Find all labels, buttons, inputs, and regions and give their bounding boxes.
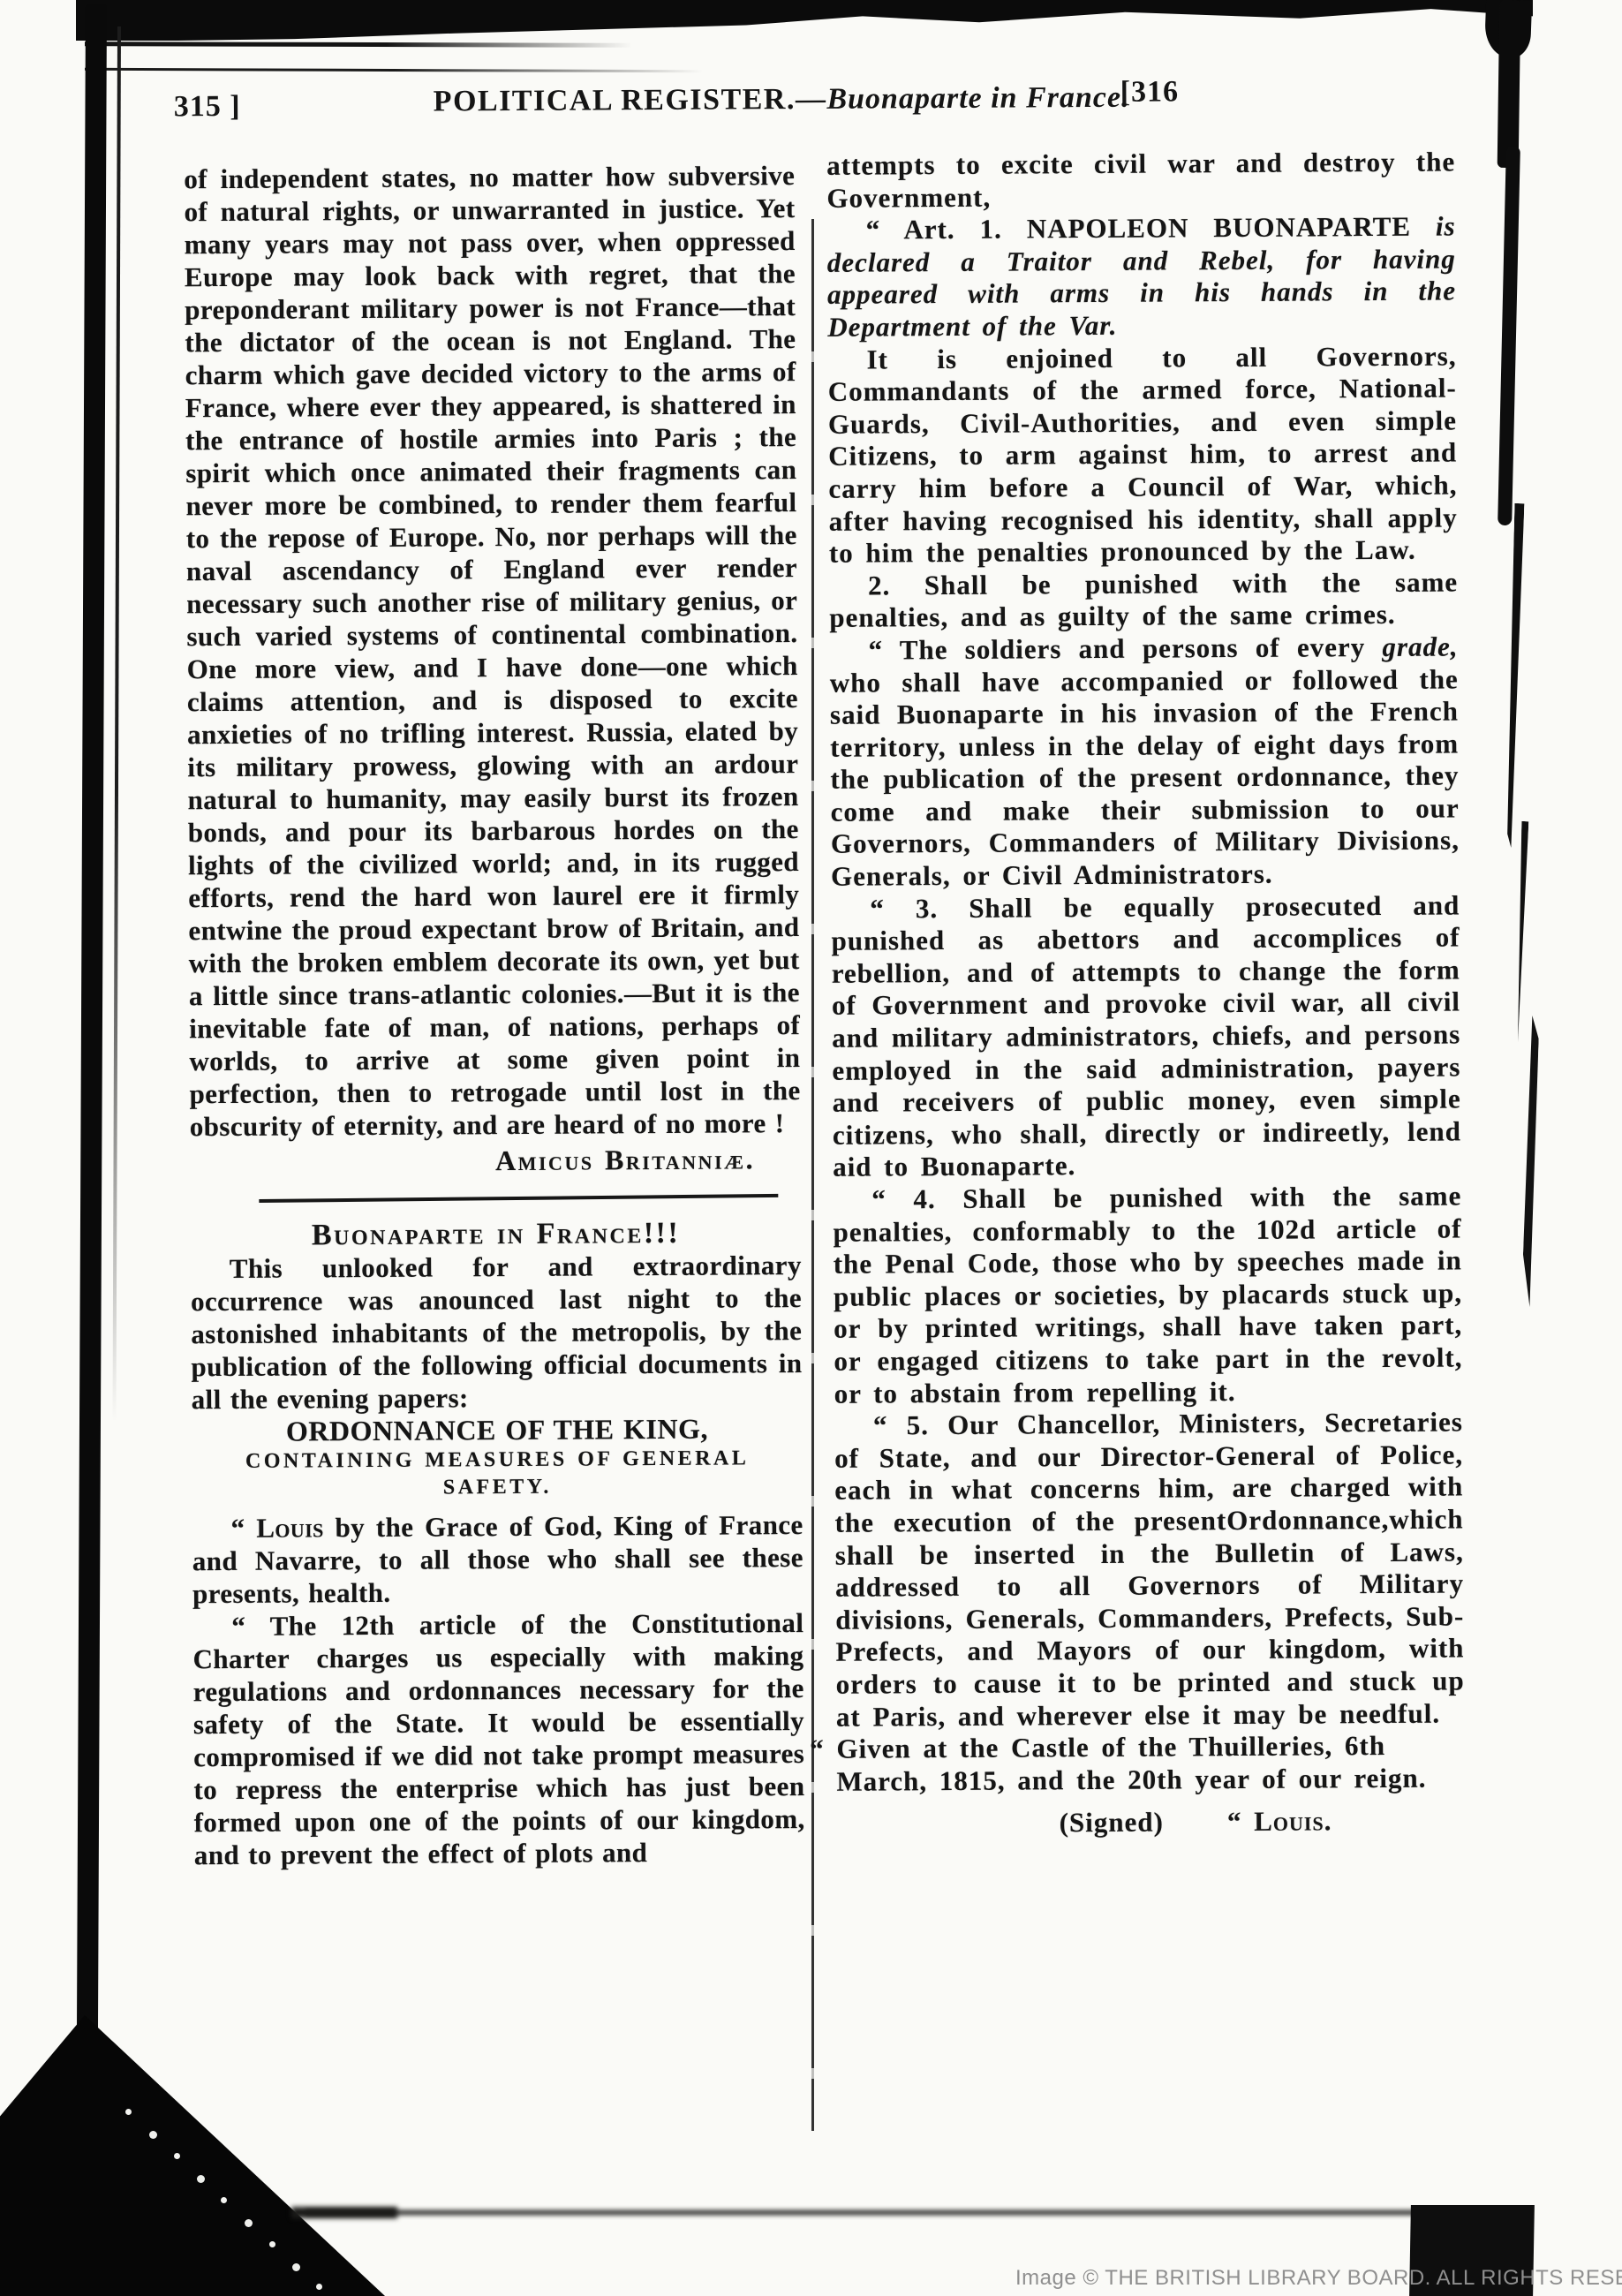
paragraph-charter: “ The 12th article of the Constitutional… xyxy=(192,1606,805,1871)
article-2-soldiers: “ The soldiers and persons of every grad… xyxy=(829,631,1460,893)
scan-artifact-top-band xyxy=(76,0,1533,41)
article-1: “ Art. 1. NAPOLEON BUONAPARTE is declare… xyxy=(827,211,1457,344)
signed-name: “ Louis. xyxy=(1227,1806,1332,1839)
paragraph-announcement: This unlooked for and extraordinary occu… xyxy=(191,1249,803,1416)
letter-signature: Amicus Britanniæ. xyxy=(190,1143,755,1179)
ordonnance-subheading-1: CONTAINING MEASURES OF GENERAL xyxy=(192,1445,803,1476)
section-divider-rule xyxy=(259,1194,778,1203)
page-title-main: POLITICAL REGISTER.— xyxy=(434,83,827,118)
scan-artifact-shadow-specks xyxy=(125,2109,132,2115)
section-heading-buonaparte: Buonaparte in France!!! xyxy=(190,1216,801,1252)
article-2-soldiers-italic: grade, xyxy=(1382,631,1458,662)
paragraph-independent-states: of independent states, no matter how sub… xyxy=(184,159,801,1143)
ordonnance-subheading-2: SAFETY. xyxy=(192,1472,803,1503)
scan-artifact-left-spine-bar xyxy=(77,4,107,2061)
ordonnance-heading: ORDONNANCE OF THE KING, xyxy=(192,1412,803,1448)
signed-row: (Signed) “ Louis. xyxy=(837,1805,1466,1841)
left-column: of independent states, no matter how sub… xyxy=(184,159,805,1871)
article-2-soldiers-rest: who shall have accompanied or followed t… xyxy=(830,663,1460,892)
text-columns: of independent states, no matter how sub… xyxy=(135,155,1472,2220)
scan-artifact-right-edge-3 xyxy=(1505,503,1525,848)
scanned-page: 315 ] POLITICAL REGISTER.—Buonaparte in … xyxy=(0,0,1622,2296)
paragraph-enjoined: It is enjoined to all Governors, Command… xyxy=(827,340,1458,570)
article-2: 2. Shall be punished with the same penal… xyxy=(829,566,1458,635)
article-4: “ 4. Shall be punished with the same pen… xyxy=(833,1180,1463,1410)
signed-label: (Signed) xyxy=(1060,1807,1164,1839)
paragraph-louis-preamble: “ Louis by the Grace of God, King of Fra… xyxy=(192,1508,803,1610)
article-3: “ 3. Shall be equally prosecuted and pun… xyxy=(831,889,1461,1184)
page-number-left: 315 ] xyxy=(174,90,241,124)
louis-smallcaps: “ Louis xyxy=(231,1512,324,1544)
scan-artifact-top-line-1 xyxy=(85,42,632,48)
scan-artifact-right-edge-4 xyxy=(1514,821,1529,1042)
page-title: POLITICAL REGISTER.—Buonaparte in France… xyxy=(434,81,1130,119)
scan-artifact-top-line-2 xyxy=(85,68,703,72)
running-header: 315 ] POLITICAL REGISTER.—Buonaparte in … xyxy=(135,77,1460,136)
scan-artifact-right-edge-2 xyxy=(1498,146,1520,525)
page-number-right: [316 xyxy=(1120,75,1180,109)
page-title-italic: Buonaparte in France. xyxy=(826,81,1129,116)
paragraph-attempts: attempts to excite civil war and destroy… xyxy=(826,146,1455,215)
article-1-lead: “ Art. 1. NAPOLEON BUONAPARTE xyxy=(866,211,1437,245)
paragraph-given-at-castle: “ Given at the Castle of the Thuilleries… xyxy=(836,1730,1465,1799)
library-copyright-notice: Image © THE BRITISH LIBRARY BOARD. ALL R… xyxy=(1015,2266,1589,2291)
article-5: “ 5. Our Chancellor, Ministers, Secretar… xyxy=(834,1407,1465,1733)
scan-artifact-right-edge-1 xyxy=(1498,0,1521,168)
right-column: attempts to excite civil war and destroy… xyxy=(826,146,1466,1840)
article-2-soldiers-lead: “ The soldiers and persons of every xyxy=(868,631,1382,666)
page-content: 315 ] POLITICAL REGISTER.—Buonaparte in … xyxy=(135,77,1473,2220)
scan-artifact-left-inner-line xyxy=(112,26,121,1422)
scan-artifact-right-edge-5 xyxy=(1522,1016,1539,1307)
